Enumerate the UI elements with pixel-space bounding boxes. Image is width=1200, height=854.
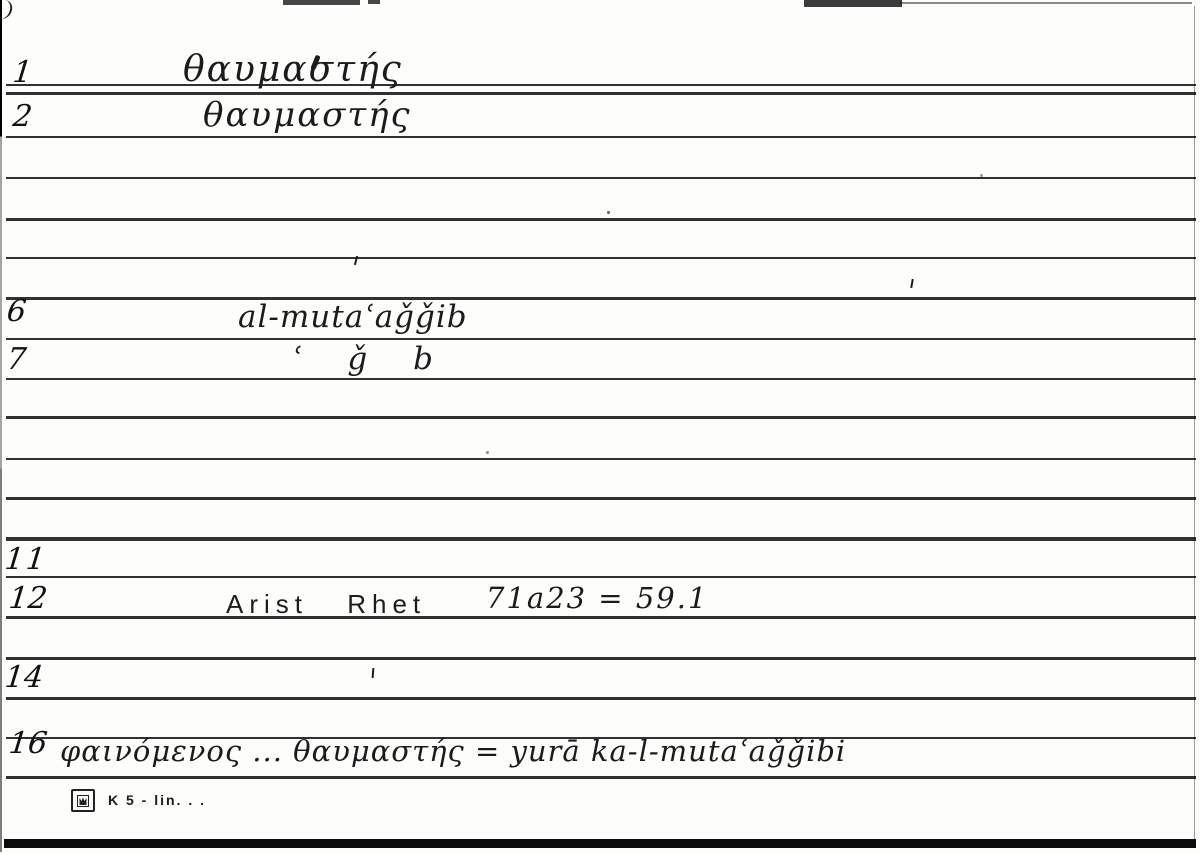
entry-greek-line1: θαυμαστής — [183, 52, 403, 88]
entry-citation-locus: 71a23 = 59.1 — [486, 584, 708, 613]
crest-logo-icon — [75, 793, 91, 809]
ruled-line — [6, 136, 1196, 138]
ruled-line — [6, 297, 1196, 300]
ruled-line — [6, 416, 1196, 419]
ruled-line — [6, 497, 1196, 500]
ruled-line — [6, 218, 1196, 221]
scan-smudge — [804, 0, 902, 7]
ruled-line — [6, 657, 1196, 660]
scan-smudge — [900, 2, 1192, 4]
line-number-2: 2 — [11, 102, 33, 132]
ruled-line — [6, 776, 1196, 779]
publisher-crest-icon — [71, 789, 95, 812]
entry-equation-line: φαινόμενος ... θαυμαστής = yurā ka-l-mut… — [60, 737, 846, 766]
ruled-line — [6, 458, 1196, 460]
line-number-14: 14 — [3, 663, 44, 693]
ruled-line — [6, 177, 1196, 179]
ruled-line — [6, 576, 1196, 578]
ruled-line — [6, 537, 1196, 541]
ruled-line — [6, 338, 1196, 340]
line-number-1: 1 — [11, 58, 33, 88]
ruled-line — [6, 92, 1196, 95]
ruled-line — [6, 257, 1196, 259]
entry-arabic-translit: al-mutaʿaǧǧib — [238, 302, 468, 333]
ruled-line — [6, 616, 1196, 619]
card-type-label: K 5 - lin. . . — [108, 792, 206, 808]
line-number-12: 12 — [7, 584, 48, 614]
scan-speck — [980, 174, 983, 177]
line-number-11: 11 — [3, 545, 48, 575]
line-number-16: 16 — [7, 729, 48, 759]
entry-source-citation: Arist Rhet — [226, 589, 426, 620]
scan-edge-right — [1194, 6, 1195, 848]
line-number-7: 7 — [5, 345, 27, 375]
card-bottom-edge — [4, 839, 1196, 848]
entry-greek-line2: θαυμαστής — [203, 98, 412, 132]
ruled-lines — [0, 0, 1200, 854]
scan-smudge — [368, 0, 380, 4]
scan-speck — [607, 211, 610, 214]
scan-smudge — [283, 0, 360, 5]
entry-arabic-root: ʿ ǧ b — [292, 344, 433, 375]
scan-edge-left — [0, 0, 2, 852]
scan-speck — [486, 451, 489, 454]
scanned-index-card: 1 2 6 7 11 12 14 16 θαυμαστής θαυμαστής … — [0, 0, 1200, 854]
ruled-line — [6, 378, 1196, 380]
line-number-6: 6 — [5, 297, 27, 327]
ruled-line — [6, 697, 1196, 700]
